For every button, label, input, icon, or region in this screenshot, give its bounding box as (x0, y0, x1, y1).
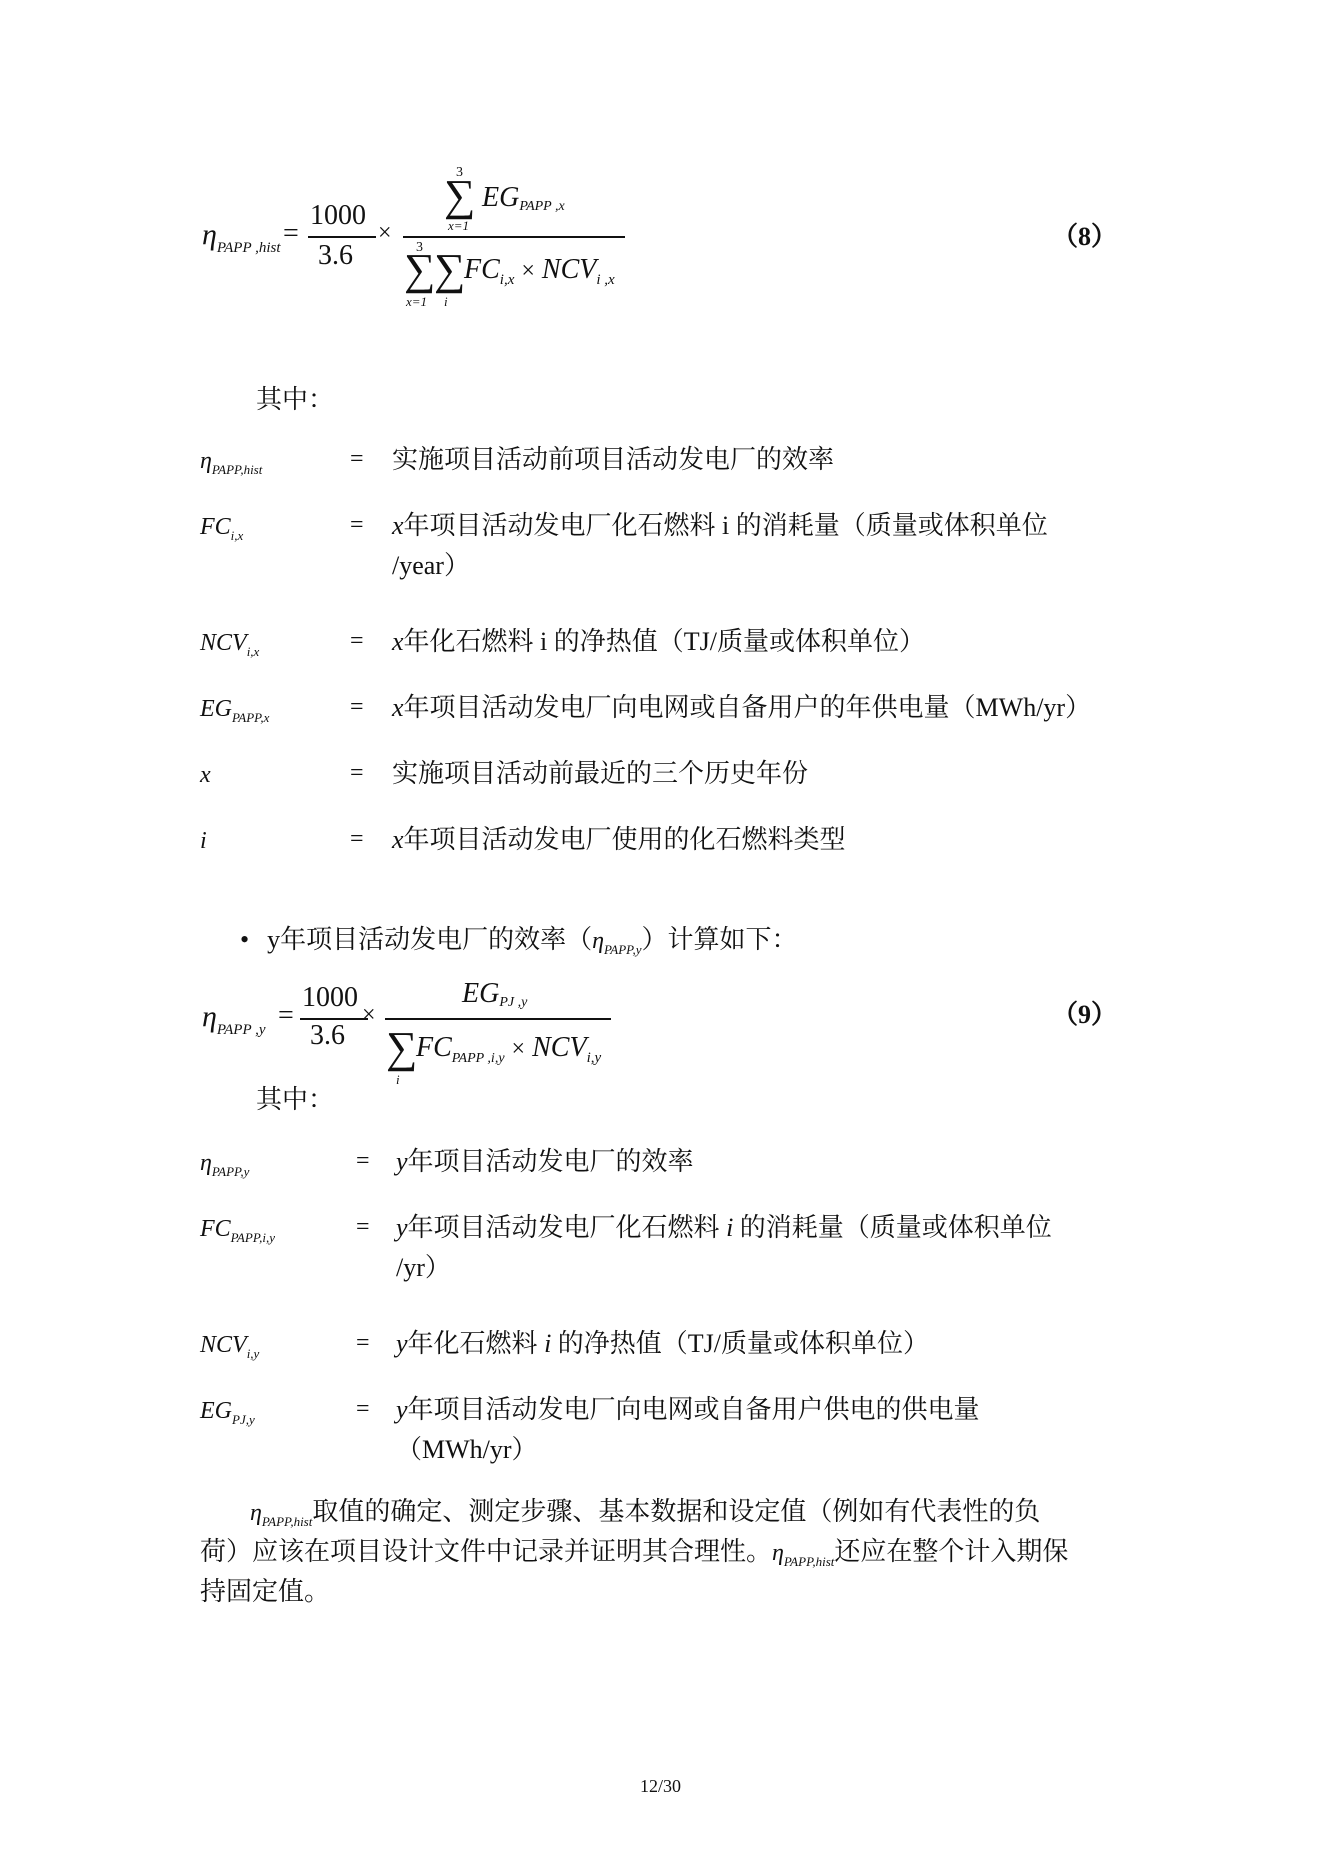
definition-symbol: FCPAPP,i,y (200, 1216, 275, 1246)
where-label-1: 其中： (256, 382, 334, 418)
definition-symbol: EGPJ,y (200, 1398, 255, 1428)
eq8-main-fraction-bar (403, 236, 625, 238)
eq9-den-sum-lower: i (396, 1072, 400, 1088)
definition-row: FCPAPP,i,y = y年项目活动发电厂化石燃料 i 的消耗量（质量或体积单… (200, 1214, 1160, 1294)
definition-row: EGPAPP,x = x年项目活动发电厂向电网或自备用户的年供电量（MWh/yr… (200, 694, 1160, 734)
definition-symbol: i (200, 828, 207, 855)
eq8-const-denominator: 3.6 (318, 240, 353, 272)
eq9-den-sigma: ∑ (386, 1026, 417, 1070)
definition-row: EGPJ,y = y年项目活动发电厂向电网或自备用户供电的供电量 （MWh/yr… (200, 1396, 1160, 1476)
definition-row: NCVi,y = y年化石燃料 i 的净热值（TJ/质量或体积单位） (200, 1330, 1160, 1370)
definition-text-cont: /yr） (396, 1250, 451, 1286)
definition-text: x年项目活动发电厂使用的化石燃料类型 (392, 822, 846, 858)
eq9-main-fraction-bar (385, 1018, 611, 1020)
eq8-number: （8） (1052, 216, 1117, 253)
definition-symbol: EGPAPP,x (200, 696, 269, 726)
eq8-num-term: EGPAPP ,x (482, 182, 565, 215)
definition-symbol: NCVi,y (200, 1332, 259, 1362)
definition-symbol: FCi,x (200, 514, 243, 544)
eq8-const-numerator: 1000 (310, 200, 366, 232)
bullet-marker: • (240, 925, 249, 954)
definition-row: ηPAPP,hist = 实施项目活动前项目活动发电厂的效率 (200, 446, 1160, 486)
definition-symbol: x (200, 762, 211, 789)
eq8-den-terms: FCi,x × NCVi ,x (464, 254, 615, 289)
eq8-times: × (378, 220, 392, 247)
paragraph-line-2: 荷）应该在项目设计文件中记录并证明其合理性。ηPAPP,hist还应在整个计入期… (200, 1534, 1068, 1580)
eq8-equals: = (283, 218, 299, 250)
bullet-item: •y年项目活动发电厂的效率（ηPAPP,y）计算如下： (240, 922, 797, 968)
definition-text: 实施项目活动前项目活动发电厂的效率 (392, 442, 834, 478)
eq9-equals: = (278, 1000, 294, 1032)
definition-text-cont: （MWh/yr） (396, 1432, 538, 1468)
eq9-lhs: ηPAPP ,y (202, 1000, 266, 1039)
definition-row: FCi,x = x年项目活动发电厂化石燃料 i 的消耗量（质量或体积单位 /ye… (200, 512, 1160, 592)
definition-row: ηPAPP,y = y年项目活动发电厂的效率 (200, 1148, 1160, 1188)
eq8-const-fraction-bar (308, 236, 376, 238)
eq9-den-terms: FCPAPP ,i,y × NCVi,y (416, 1032, 601, 1067)
eq8-den-sum1-lower: x=1 (406, 294, 427, 310)
eq9-times: × (362, 1002, 376, 1029)
definition-text: y年项目活动发电厂向电网或自备用户供电的供电量 (396, 1392, 980, 1428)
definition-text: y年项目活动发电厂的效率 (396, 1144, 694, 1180)
equation-8: ηPAPP ,hist = 1000 3.6 × 3 ∑ x=1 EGPAPP … (200, 160, 1160, 310)
eq9-number: （9） (1052, 994, 1117, 1031)
definition-text: x年项目活动发电厂向电网或自备用户的年供电量（MWh/yr） (392, 690, 1091, 726)
definition-text: x年项目活动发电厂化石燃料 i 的消耗量（质量或体积单位 (392, 508, 1048, 544)
definition-text: y年化石燃料 i 的净热值（TJ/质量或体积单位） (396, 1326, 929, 1362)
eq8-den-sigma-2: ∑ (434, 248, 465, 292)
where-label-2: 其中： (256, 1082, 334, 1118)
definition-text: 实施项目活动前最近的三个历史年份 (392, 756, 808, 792)
definition-text-cont: /year） (392, 548, 470, 584)
definition-row: i = x年项目活动发电厂使用的化石燃料类型 (200, 826, 1160, 866)
definition-text: x年化石燃料 i 的净热值（TJ/质量或体积单位） (392, 624, 925, 660)
definition-symbol: ηPAPP,y (200, 1150, 249, 1180)
eq8-lhs: ηPAPP ,hist (202, 218, 281, 257)
eq8-den-sum2-lower: i (444, 294, 448, 310)
eq9-const-denominator: 3.6 (310, 1020, 345, 1052)
definition-symbol: NCVi,x (200, 630, 259, 660)
page-number: 12/30 (640, 1776, 681, 1797)
definition-row: x = 实施项目活动前最近的三个历史年份 (200, 760, 1160, 800)
paragraph-line-3: 持固定值。 (200, 1574, 330, 1610)
eq8-num-sigma: ∑ (444, 174, 475, 218)
definition-text: y年项目活动发电厂化石燃料 i 的消耗量（质量或体积单位 (396, 1210, 1052, 1246)
definition-row: NCVi,x = x年化石燃料 i 的净热值（TJ/质量或体积单位） (200, 628, 1160, 668)
eq8-num-sum-lower: x=1 (448, 218, 469, 234)
definition-symbol: ηPAPP,hist (200, 448, 262, 478)
equation-9: ηPAPP ,y = 1000 3.6 × EGPJ ,y ∑ i FCPAPP… (200, 972, 1160, 1092)
eq9-num-term: EGPJ ,y (462, 978, 527, 1011)
eq9-const-numerator: 1000 (302, 982, 358, 1014)
eq8-den-sigma-1: ∑ (404, 248, 435, 292)
